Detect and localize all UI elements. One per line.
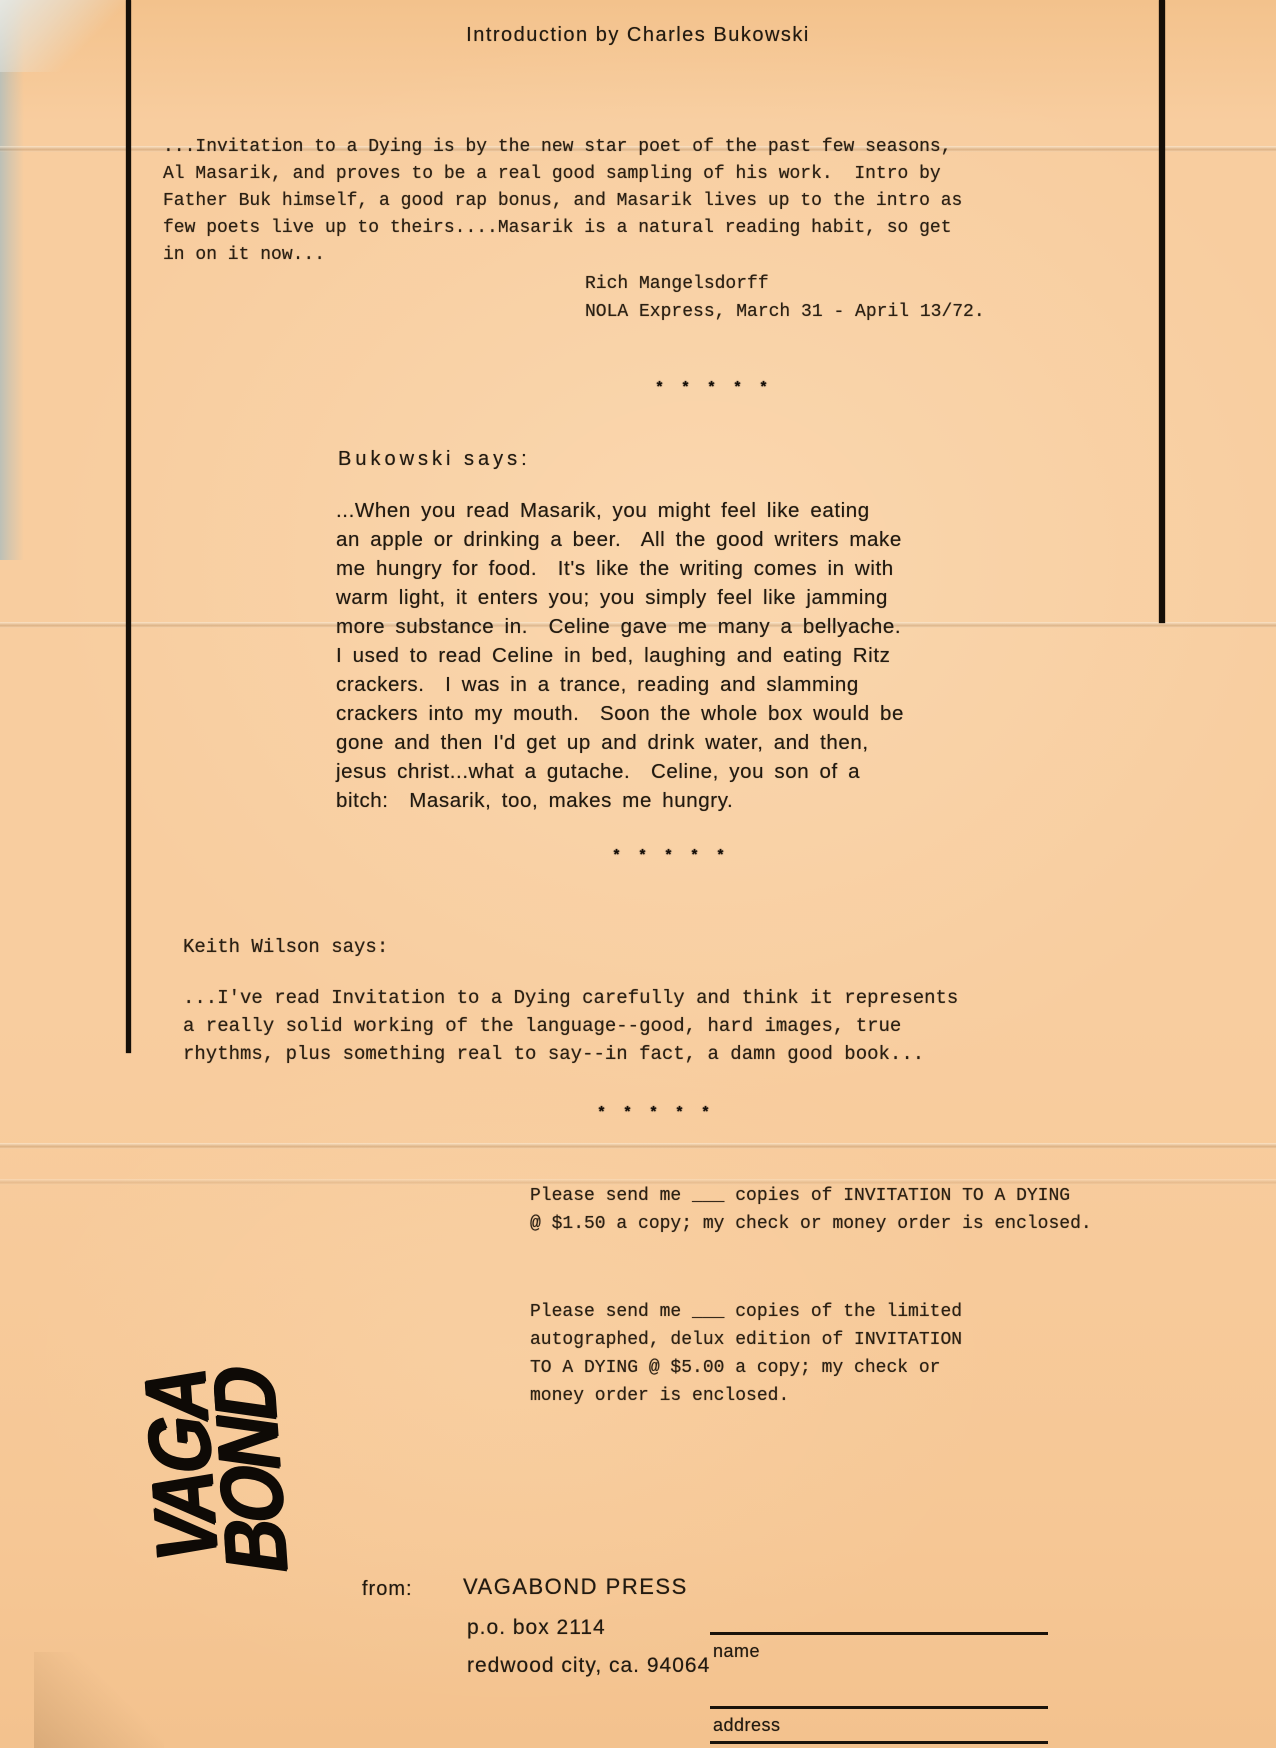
paper-fold-crease xyxy=(0,1143,1276,1149)
review-line: ...Invitation to a Dying is by the new s… xyxy=(163,134,962,161)
quote-line: an apple or drinking a beer. All the goo… xyxy=(336,525,904,554)
right-border-rule xyxy=(1159,0,1165,623)
wilson-line: rhythms, plus something real to say--in … xyxy=(183,1040,958,1068)
quote-line: crackers. I was in a trance, reading and… xyxy=(336,670,904,699)
quote-line: crackers into my mouth. Soon the whole b… xyxy=(336,699,904,728)
quote-line: warm light, it enters you; you simply fe… xyxy=(336,583,904,612)
left-border-rule xyxy=(126,0,131,1053)
order-line: Please send me ___ copies of INVITATION … xyxy=(530,1182,1092,1210)
order-line: Please send me ___ copies of the limited xyxy=(530,1298,962,1326)
vagabond-logo-inner: VAGA BOND xyxy=(54,1324,375,1606)
bukowski-quote: ...When you read Masarik, you might feel… xyxy=(336,496,904,815)
review-line: few poets live up to theirs....Masarik i… xyxy=(163,215,962,242)
name-label: name xyxy=(713,1641,760,1662)
order-line: money order is enclosed. xyxy=(530,1382,962,1410)
wilson-line: ...I've read Invitation to a Dying caref… xyxy=(183,984,958,1012)
review-attribution: Rich Mangelsdorff NOLA Express, March 31… xyxy=(585,270,985,326)
quote-line: me hungry for food. It's like the writin… xyxy=(336,554,904,583)
publisher-name: VAGABOND PRESS xyxy=(463,1574,688,1600)
quote-line: gone and then I'd get up and drink water… xyxy=(336,728,904,757)
order-form-deluxe: Please send me ___ copies of the limited… xyxy=(530,1298,962,1410)
order-line: TO A DYING @ $5.00 a copy; my check or xyxy=(530,1354,962,1382)
vagabond-logo-text: VAGA BOND xyxy=(139,1355,291,1576)
quote-line: more substance in. Celine gave me many a… xyxy=(336,612,904,641)
asterisk-separator: * * * * * xyxy=(612,848,729,865)
scanned-flyer-page: Introduction by Charles Bukowski ...Invi… xyxy=(0,0,1276,1748)
review-line: Father Buk himself, a good rap bonus, an… xyxy=(163,188,962,215)
page-title: Introduction by Charles Bukowski xyxy=(0,24,1276,47)
asterisk-separator: * * * * * xyxy=(655,380,772,397)
quote-line: jesus christ...what a gutache. Celine, y… xyxy=(336,757,904,786)
publisher-city: redwood city, ca. 94064 xyxy=(467,1654,710,1678)
name-line xyxy=(710,1632,1048,1635)
address-line xyxy=(710,1706,1048,1709)
order-form-regular: Please send me ___ copies of INVITATION … xyxy=(530,1182,1092,1238)
from-label: from: xyxy=(362,1578,413,1601)
wilson-paragraph: ...I've read Invitation to a Dying caref… xyxy=(183,984,958,1068)
publisher-po-box: p.o. box 2114 xyxy=(467,1616,606,1640)
scanner-edge-strip xyxy=(0,0,24,560)
bukowski-heading: Bukowski says: xyxy=(338,448,531,471)
asterisk-separator: * * * * * xyxy=(597,1105,714,1122)
quote-line: bitch: Masarik, too, makes me hungry. xyxy=(336,786,904,815)
review-line: in on it now... xyxy=(163,242,962,269)
review-line: Al Masarik, and proves to be a real good… xyxy=(163,161,962,188)
wilson-line: a really solid working of the language--… xyxy=(183,1012,958,1040)
quote-line: ...When you read Masarik, you might feel… xyxy=(336,496,904,525)
wilson-heading: Keith Wilson says: xyxy=(183,936,388,958)
attribution-source: NOLA Express, March 31 - April 13/72. xyxy=(585,298,985,326)
review-paragraph: ...Invitation to a Dying is by the new s… xyxy=(163,134,962,269)
extra-line xyxy=(710,1741,1048,1744)
address-label: address xyxy=(713,1715,781,1736)
order-line: autographed, delux edition of INVITATION xyxy=(530,1326,962,1354)
corner-fold-shadow xyxy=(34,1652,164,1748)
attribution-name: Rich Mangelsdorff xyxy=(585,270,985,298)
quote-line: I used to read Celine in bed, laughing a… xyxy=(336,641,904,670)
order-line: @ $1.50 a copy; my check or money order … xyxy=(530,1210,1092,1238)
vagabond-logo: VAGA BOND xyxy=(95,1338,335,1593)
